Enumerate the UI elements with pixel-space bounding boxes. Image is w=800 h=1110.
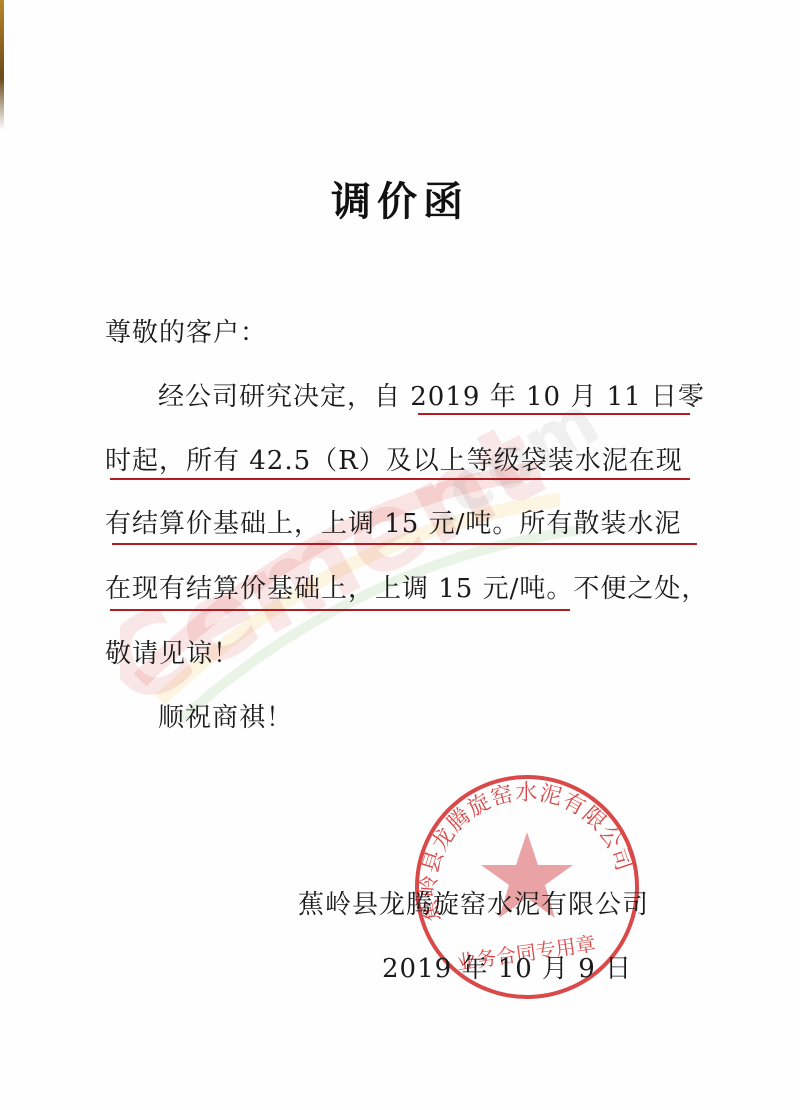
underline-4	[110, 609, 570, 611]
underline-2	[110, 478, 690, 480]
body-line-1: 经公司研究决定，自 2019 年 10 月 11 日零	[158, 376, 705, 413]
closing: 顺祝商祺！	[158, 697, 293, 734]
underline-3	[112, 543, 697, 545]
body-line-4: 在现有结算价基础上，上调 15 元/吨。不便之处，	[105, 568, 708, 605]
signature-date: 2019 年 10 月 9 日	[382, 948, 632, 985]
watermark-logo: Cement .com	[120, 380, 720, 740]
body-line-2: 时起，所有 42.5（R）及以上等级袋装水泥在现	[105, 440, 683, 477]
body-line-5: 敬请见谅！	[105, 633, 240, 670]
salutation: 尊敬的客户：	[105, 312, 267, 349]
underline-1	[418, 413, 690, 415]
body-line-3: 有结算价基础上，上调 15 元/吨。所有散装水泥	[105, 503, 681, 540]
page-edge-shadow	[0, 0, 4, 130]
signature-company: 蕉岭县龙腾旋窑水泥有限公司	[298, 884, 649, 921]
document-title: 调价函	[0, 170, 800, 227]
